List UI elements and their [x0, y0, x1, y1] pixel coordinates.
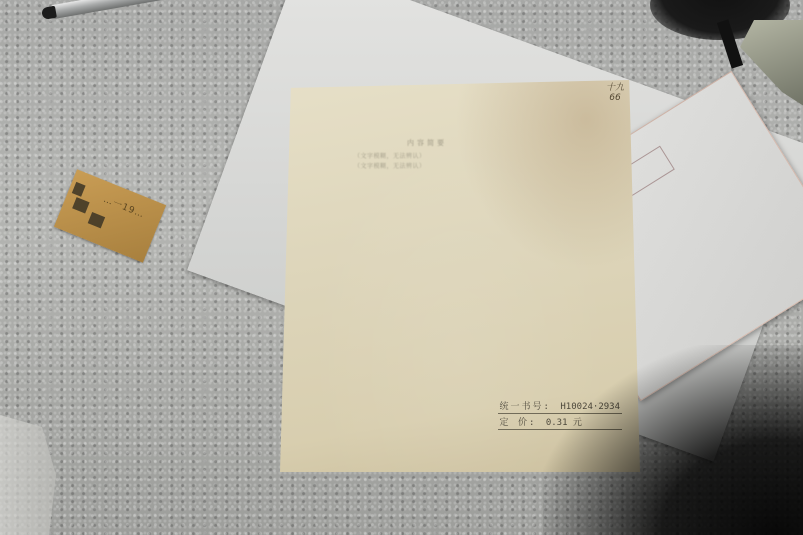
- summary-title: 内容简要: [342, 138, 512, 149]
- ticket-mark: [88, 212, 105, 228]
- handwritten-line: 66: [606, 93, 624, 103]
- pen-tip: [41, 6, 57, 20]
- ticket-mark: [72, 197, 89, 213]
- summary-paragraph: （文字模糊，无法辨认）: [342, 152, 512, 163]
- summary-paragraph: （文字模糊，无法辨认）: [342, 162, 512, 173]
- ticket-mark: [72, 182, 86, 197]
- price-label: 定 价:: [500, 418, 537, 428]
- handwritten-note: 十九 66: [606, 83, 624, 103]
- ticket-text: …一19…: [102, 192, 147, 220]
- shadow: [543, 345, 803, 535]
- content-summary: 内容简要 （文字模糊，无法辨认） （文字模糊，无法辨认）: [342, 138, 512, 173]
- handwritten-line: 十九: [606, 83, 624, 93]
